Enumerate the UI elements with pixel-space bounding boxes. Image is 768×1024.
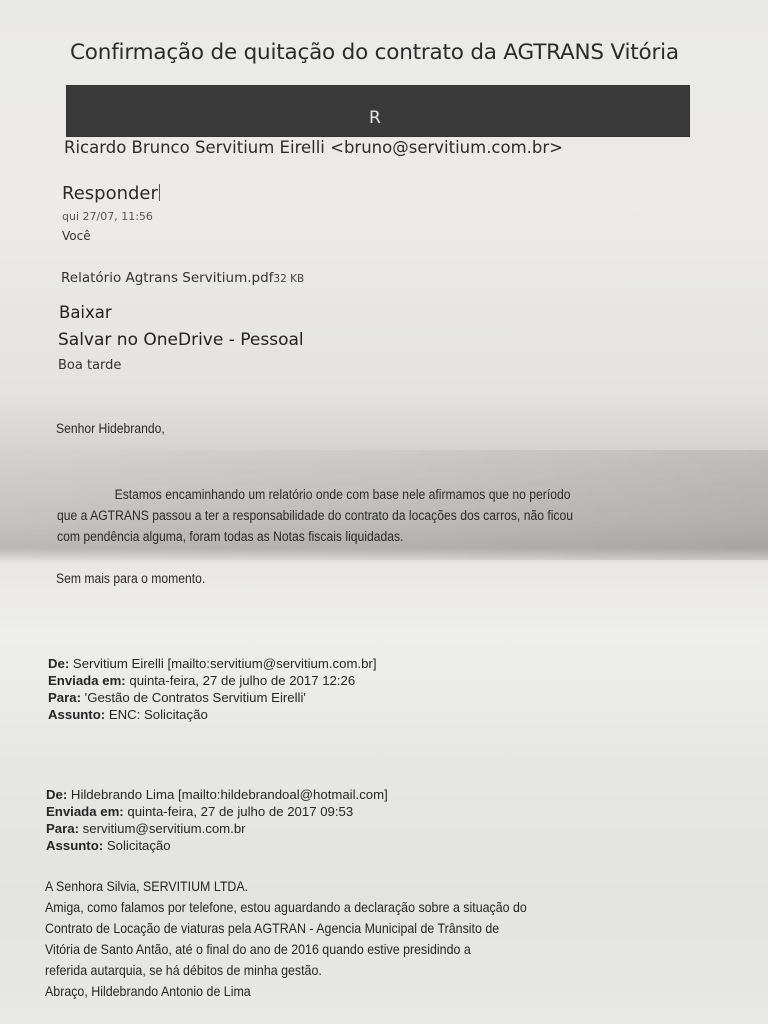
- paragraph-line: Estamos encaminhando um relatório onde c…: [57, 484, 573, 505]
- salutation: Senhor Hidebrando,: [56, 421, 165, 436]
- paragraph-line: com pendência alguma, foram todas as Not…: [57, 526, 573, 547]
- fwd-sent: quinta-feira, 27 de julho de 2017 12:26: [129, 673, 355, 688]
- sender-avatar-initial: R: [369, 108, 381, 128]
- forwarded-body: A Senhora Silvia, SERVITIUM LTDA. Amiga,…: [45, 876, 527, 1002]
- text-cursor: [159, 184, 160, 201]
- attachment[interactable]: Relatório Agtrans Servitium.pdf32 KB: [61, 270, 304, 286]
- body-line: Vitória de Santo Antão, até o final do a…: [45, 939, 527, 960]
- fwd-to: servitium@servitium.com.br: [83, 821, 246, 836]
- fwd-subject: Solicitação: [107, 838, 171, 853]
- reply-label: Responder: [62, 183, 158, 204]
- sender-line: Ricardo Brunco Servitium Eirelli <bruno@…: [64, 138, 563, 157]
- greeting: Boa tarde: [58, 358, 121, 373]
- email-recipient: Você: [62, 229, 91, 243]
- body-line: Abraço, Hildebrando Antonio de Lima: [45, 981, 527, 1002]
- reply-button[interactable]: Responder: [62, 183, 160, 204]
- download-link[interactable]: Baixar: [59, 303, 112, 322]
- fwd-from: Servitium Eirelli [mailto:servitium@serv…: [73, 656, 377, 671]
- save-onedrive-link[interactable]: Salvar no OneDrive - Pessoal: [58, 330, 304, 350]
- email-date: qui 27/07, 11:56: [62, 210, 153, 223]
- fwd-from: Hildebrando Lima [mailto:hildebrandoal@h…: [71, 787, 388, 802]
- forwarded-header-1: De: Servitium Eirelli [mailto:servitium@…: [48, 655, 377, 723]
- fwd-sent: quinta-feira, 27 de julho de 2017 09:53: [127, 804, 353, 819]
- body-paragraph: Estamos encaminhando um relatório onde c…: [57, 484, 573, 547]
- fwd-to: 'Gestão de Contratos Servitium Eirelli': [85, 690, 306, 705]
- body-line: A Senhora Silvia, SERVITIUM LTDA.: [45, 876, 527, 897]
- attachment-size: 32 KB: [273, 273, 304, 285]
- forwarded-header-2: De: Hildebrando Lima [mailto:hildebrando…: [46, 786, 388, 854]
- body-line: Amiga, como falamos por telefone, estou …: [45, 897, 527, 918]
- body-line: Contrato de Locação de viaturas pela AGT…: [45, 918, 527, 939]
- paragraph-line: que a AGTRANS passou a ter a responsabil…: [57, 505, 573, 526]
- body-line: referida autarquia, se há débitos de min…: [45, 960, 527, 981]
- closing-line: Sem mais para o momento.: [56, 571, 205, 586]
- email-subject: Confirmação de quitação do contrato da A…: [70, 40, 679, 65]
- attachment-filename: Relatório Agtrans Servitium.pdf: [61, 270, 273, 286]
- fwd-subject: ENC: Solicitação: [109, 707, 208, 722]
